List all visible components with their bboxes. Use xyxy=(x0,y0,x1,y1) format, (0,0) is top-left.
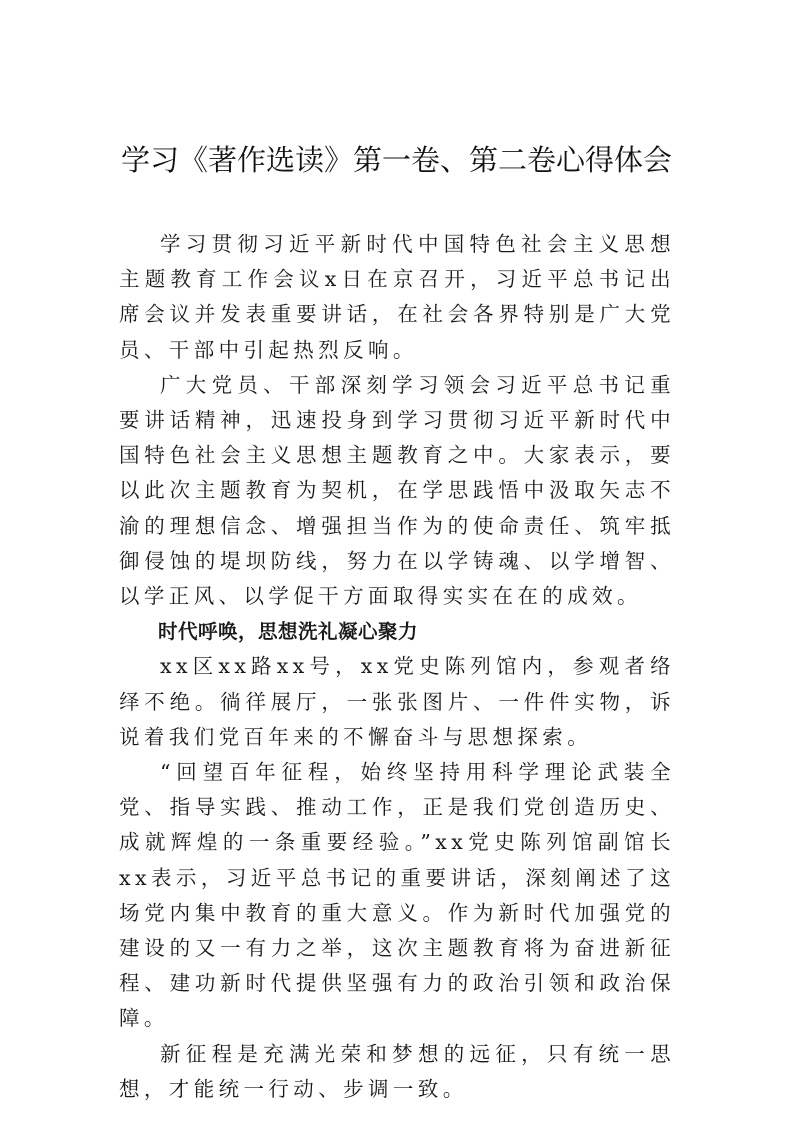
paragraph: 新征程是充满光荣和梦想的远征，只有统一思想，才能统一行动、步调一致。 xyxy=(119,1037,675,1107)
paragraph: 学习贯彻习近平新时代中国特色社会主义思想主题教育工作会议x日在京召开，习近平总书… xyxy=(119,227,675,368)
paragraph: 广大党员、干部深刻学习领会习近平总书记重要讲话精神，迅速投身到学习贯彻习近平新时… xyxy=(119,368,675,614)
paragraph: “回望百年征程，始终坚持用科学理论武装全党、指导实践、推动工作，正是我们党创造历… xyxy=(119,755,675,1037)
document-body: 学习贯彻习近平新时代中国特色社会主义思想主题教育工作会议x日在京召开，习近平总书… xyxy=(119,227,675,1107)
section-heading: 时代呼唤，思想洗礼凝心聚力 xyxy=(119,614,675,649)
document-title: 学习《著作选读》第一卷、第二卷心得体会 xyxy=(0,140,793,180)
document-page: 学习《著作选读》第一卷、第二卷心得体会 学习贯彻习近平新时代中国特色社会主义思想… xyxy=(0,0,793,1122)
paragraph: xx区xx路xx号，xx党史陈列馆内，参观者络绎不绝。徜徉展厅，一张张图片、一件… xyxy=(119,649,675,755)
